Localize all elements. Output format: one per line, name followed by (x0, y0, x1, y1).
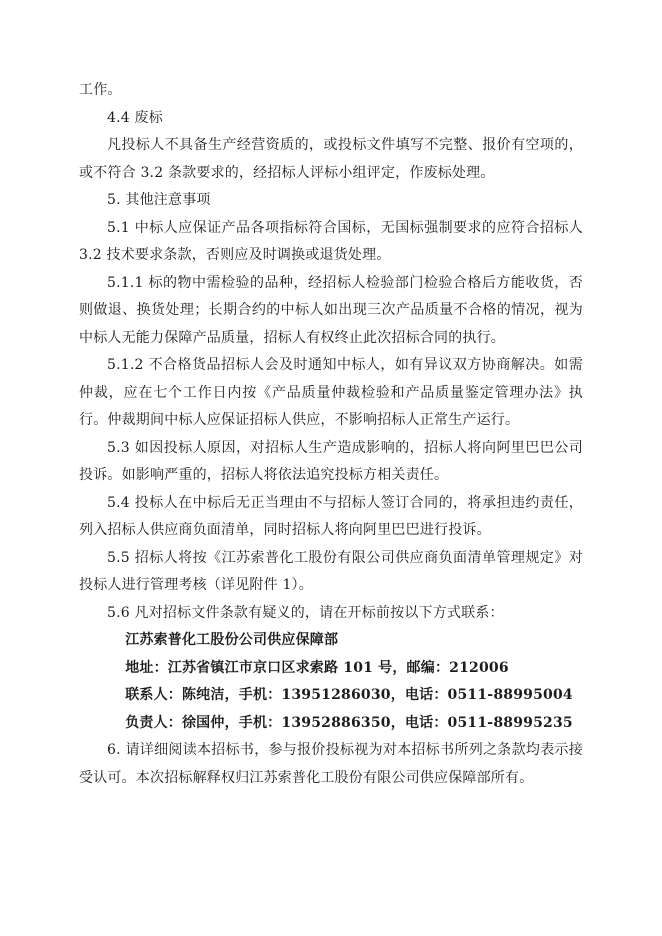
para-5-5-assessment: 5.5 招标人将按《江苏索普化工股份有限公司供应商负面清单管理规定》对投标人进行… (79, 545, 583, 600)
document-page: 工作。 4.4 废标 凡投标人不具备生产经营资质的，或投标文件填写不完整、报价有… (0, 0, 662, 936)
contact-department: 江苏索普化工股份公司供应保障部 (79, 627, 583, 655)
para-5-1-1-inspection: 5.1.1 标的物中需检验的品种，经招标人检验部门检验合格后方能收货，否则做退、… (79, 270, 583, 353)
para-6-acceptance: 6. 请详细阅读本招标书，参与报价投标视为对本招标书所列之条款均表示接受认可。本… (79, 737, 583, 792)
para-5-6-contact-intro: 5.6 凡对招标文件条款有疑义的，请在开标前按以下方式联系： (79, 600, 583, 628)
contact-person: 联系人：陈纯洁，手机：13951286030，电话：0511-88995004 (79, 682, 583, 710)
para-5-1-product-standards: 5.1 中标人应保证产品各项指标符合国标，无国标强制要求的应符合招标人 3.2 … (79, 215, 583, 270)
para-5-1-2-arbitration: 5.1.2 不合格货品招标人会及时通知中标人，如有异议双方协商解决。如需仲裁，应… (79, 352, 583, 435)
heading-5-other-notes: 5. 其他注意事项 (79, 187, 583, 215)
para-invalid-bid-rules: 凡投标人不具备生产经营资质的，或投标文件填写不完整、报价有空项的，或不符合 3.… (79, 132, 583, 187)
para-continuation: 工作。 (79, 77, 583, 105)
contact-address: 地址：江苏省镇江市京口区求索路 101 号，邮编：212006 (79, 655, 583, 683)
para-5-4-breach: 5.4 投标人在中标后无正当理由不与招标人签订合同的，将承担违约责任，列入招标人… (79, 490, 583, 545)
contact-manager: 负责人：徐国仲，手机：13952886350，电话：0511-88995235 (79, 710, 583, 738)
heading-4-4-invalid-bid: 4.4 废标 (79, 105, 583, 133)
para-5-3-complaint: 5.3 如因投标人原因，对招标人生产造成影响的，招标人将向阿里巴巴公司投诉。如影… (79, 435, 583, 490)
